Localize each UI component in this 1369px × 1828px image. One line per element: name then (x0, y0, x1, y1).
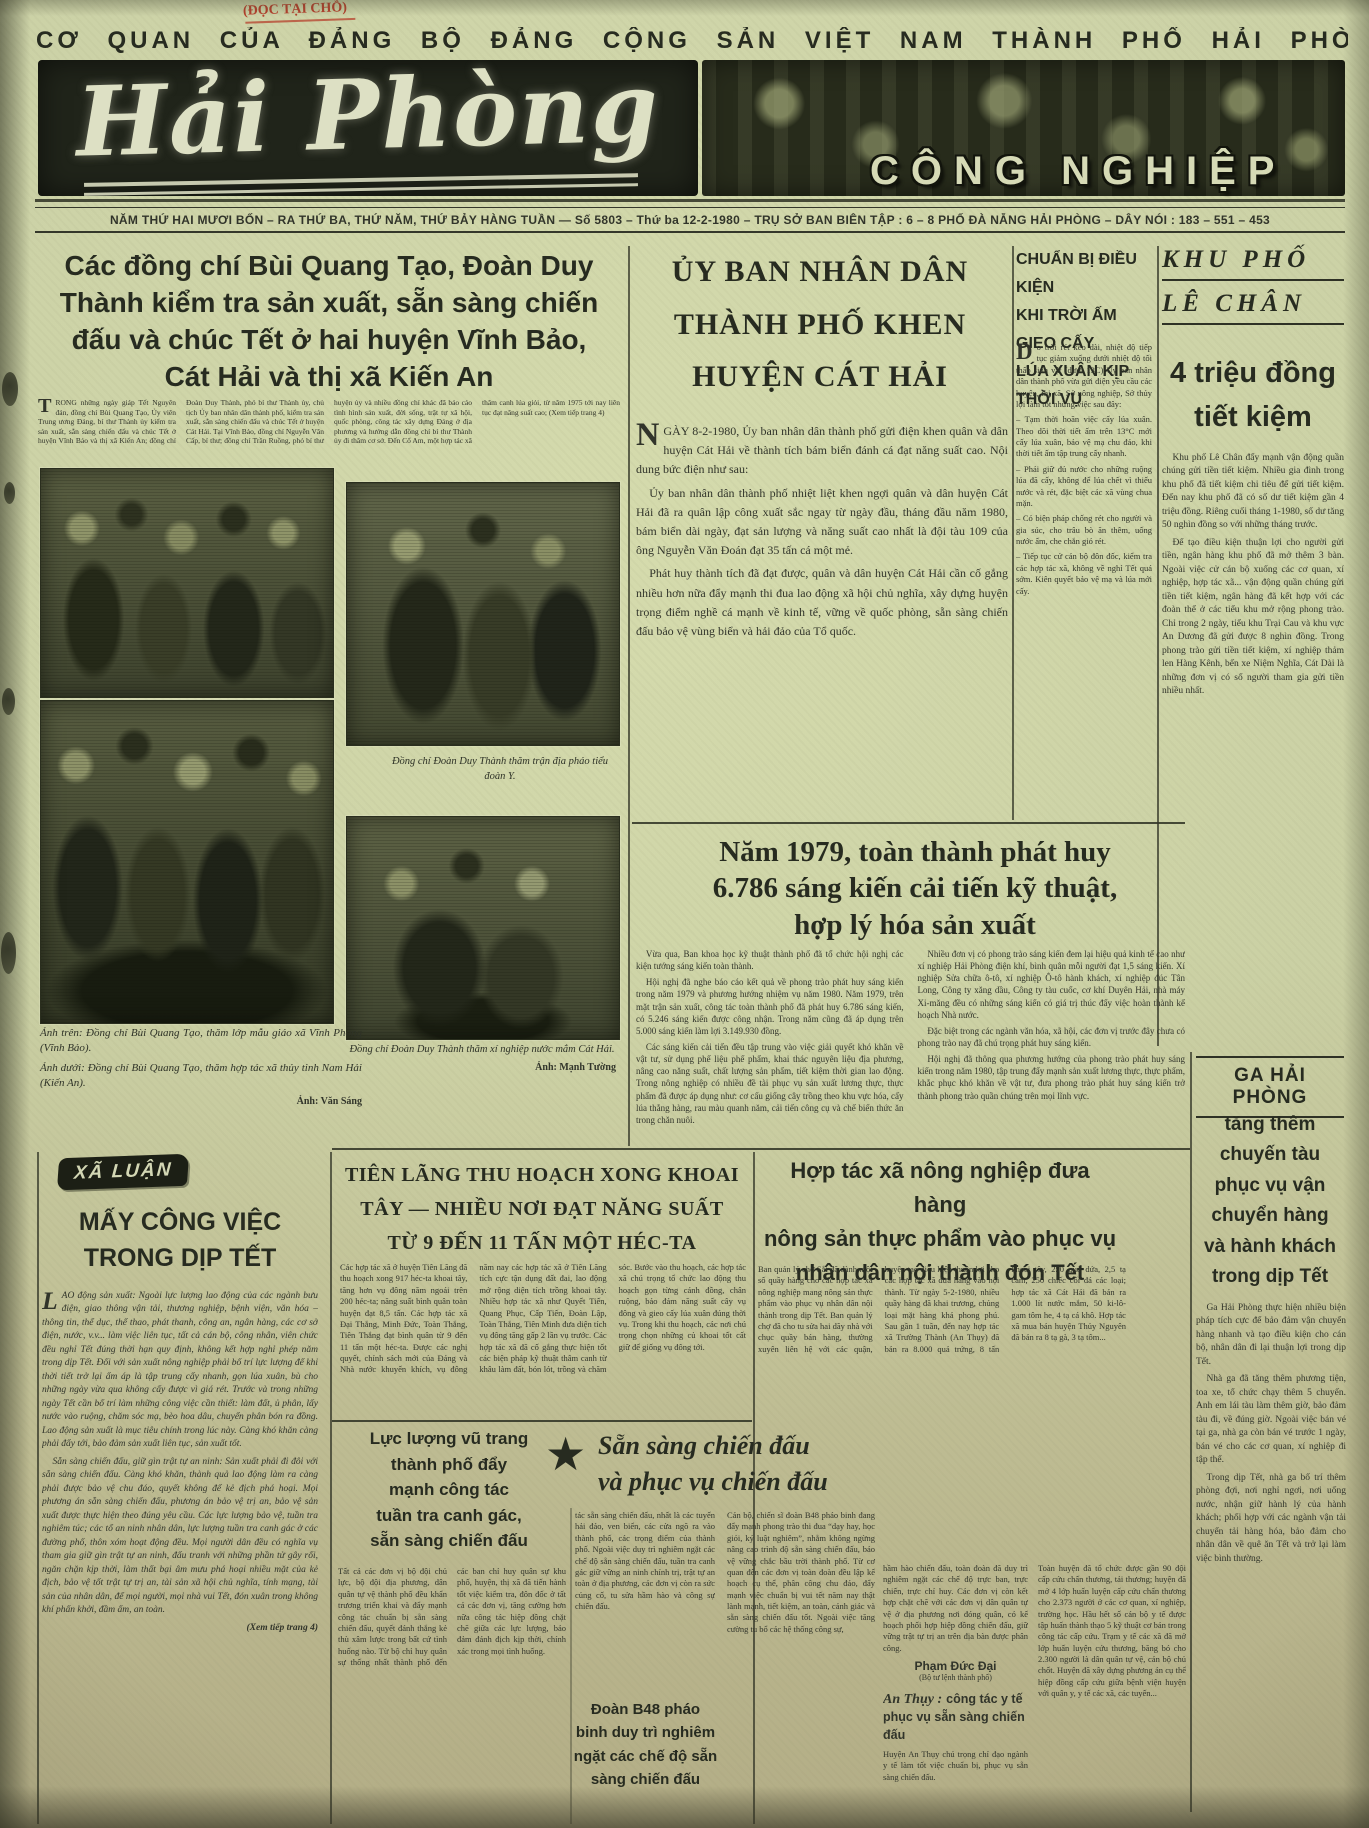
xaluan-headline: MẤY CÔNG VIỆC TRONG DỊP TẾT (42, 1204, 318, 1277)
sansang-col-2: Cán bộ, chiến sĩ đoàn B48 pháo binh đang… (727, 1510, 875, 1824)
caption-bottom-photo: Ảnh dưới: Đồng chí Bùi Quang Tạo, thăm h… (40, 1061, 362, 1092)
khupho-body: Khu phố Lê Chân đẩy mạnh vận động quần c… (1162, 452, 1344, 1044)
section-rule (632, 822, 1185, 824)
punch-hole (4, 482, 15, 504)
ubnd-paragraph: Ủy ban nhân dân thành phố nhiệt liệt khe… (636, 484, 1008, 561)
column-rule (330, 1152, 332, 1824)
b48-subheadline: Đoàn B48 pháo binh duy trì nghiêm ngặt c… (568, 1698, 723, 1791)
sangkien-paragraph: Hội nghị đã nghe báo cáo kết quả về phon… (636, 976, 904, 1037)
punch-hole (2, 372, 18, 406)
sangkien-paragraph: Đặc biệt trong các ngành văn hóa, xã hội… (918, 1025, 1186, 1049)
sangkien-headline: Năm 1979, toàn thành phát huy 6.786 sáng… (645, 834, 1185, 943)
ga-paragraph: Ga Hải Phòng thực hiện nhiều biện pháp t… (1196, 1302, 1346, 1369)
khupho-paragraph: Khu phố Lê Chân đẩy mạnh vận động quần c… (1162, 452, 1344, 533)
edition-label: CÔNG NGHIỆP (870, 149, 1286, 194)
chuanbi-paragraph: – Phải giữ đủ nước cho những ruộng lúa đ… (1016, 464, 1152, 510)
stamp-text: (ĐỌC TẠI CHỖ) (243, 0, 347, 19)
column-rule (1190, 1052, 1192, 1812)
sansang-headline: Sẵn sàng chiến đấu và phục vụ chiến đấu (598, 1428, 1018, 1501)
newspaper-title: Hải Phòng (37, 49, 700, 179)
ga-kicker: GA HẢI PHÒNG (1196, 1056, 1344, 1118)
photo-kindergarten-visit (40, 468, 334, 698)
byline: Phạm Đức Đại (883, 1659, 1028, 1673)
anthuy-stats-column: Toàn huyện đã tổ chức được gần 90 đội cấ… (1038, 1563, 1186, 1825)
caption-artillery: Đồng chí Đoàn Duy Thành thăm trận địa ph… (382, 754, 618, 784)
masthead-illustration: CÔNG NGHIỆP (702, 60, 1345, 196)
anthuy-headline: An Thụy : công tác y tế phục vụ sẵn sàng… (883, 1690, 1028, 1744)
photo-credit-van-sang: Ảnh: Văn Sáng (40, 1096, 362, 1107)
column-rule (37, 1152, 39, 1824)
photo-fishsauce-factory-visit (346, 816, 620, 1040)
punch-hole (1, 932, 16, 974)
lucluong-headline: Lực lượng vũ trang thành phố đẩy mạnh cô… (338, 1426, 560, 1554)
ubnd-headline: ỦY BAN NHÂN DÂN THÀNH PHỐ KHEN HUYỆN CÁT… (640, 246, 1000, 404)
masthead-rule (35, 199, 1345, 202)
ga-body: Ga Hải Phòng thực hiện nhiều biện pháp t… (1196, 1302, 1346, 1808)
chuanbi-paragraph: Do trời rét kéo dài, nhiệt độ tiếp tục g… (1016, 342, 1152, 410)
sangkien-paragraph: Vừa qua, Ban khoa học kỹ thuật thành phố… (636, 948, 904, 972)
tienlang-headline: TIÊN LÃNG THU HOẠCH XONG KHOAI TÂY — NHI… (340, 1158, 744, 1260)
sansang-col-1: tác sẵn sàng chiến đấu, nhất là các tuyế… (575, 1510, 715, 1692)
xaluan-body: LAO động sản xuất: Ngoài lực lượng lao đ… (42, 1290, 318, 1790)
photo-credit-manh-tuong: Ảnh: Mạnh Tường (348, 1062, 616, 1073)
khupho-headline: 4 triệu đồng tiết kiệm (1162, 352, 1344, 439)
sangkien-paragraph: Hội nghị đã thông qua phương hướng của p… (918, 1053, 1186, 1102)
chuanbi-body: Do trời rét kéo dài, nhiệt độ tiếp tục g… (1016, 342, 1152, 818)
xaluan-paragraph: Sẵn sàng chiến đấu, giữ gìn trật tự an n… (42, 1456, 318, 1618)
star-icon: ★ (545, 1432, 586, 1478)
xaluan-continued-note: (Xem tiếp trang 4) (42, 1622, 318, 1635)
byline-org: (Bộ tư lệnh thành phố) (883, 1673, 1028, 1682)
ubnd-paragraph: Phát huy thành tích đã đạt được, quân và… (636, 564, 1008, 641)
editorial-logo: XÃ LUẬN (57, 1154, 190, 1191)
ubnd-body: NGÀY 8-2-1980, Ủy ban nhân dân thành phố… (636, 422, 1008, 818)
chuanbi-paragraph: – Có biện pháp chống rét cho người và gi… (1016, 513, 1152, 547)
lead-body: TRONG những ngày giáp Tết Nguyên đán, đồ… (38, 398, 620, 466)
chuanbi-paragraph: – Tiếp tục cử cán bộ đôn đốc, kiểm tra c… (1016, 551, 1152, 597)
khupho-kicker-1: KHU PHỐ (1162, 246, 1344, 281)
khupho-kicker-2: LÊ CHÂN (1162, 290, 1344, 325)
caption-fishsauce-block: Đồng chí Đoàn Duy Thành thăm xí nghiệp n… (348, 1042, 616, 1073)
masthead-title-block: Hải Phòng (38, 60, 698, 196)
lucluong-body: Tất cả các đơn vị bộ đội chủ lực, bộ đội… (338, 1566, 566, 1824)
tienlang-rule (332, 1420, 752, 1422)
sansang-col-3: hầm hào chiến đấu, toàn đoàn đã duy trì … (883, 1563, 1028, 1825)
column-rule (570, 1508, 572, 1824)
ga-paragraph: Nhà ga đã tăng thêm phương tiện, toa xe,… (1196, 1373, 1346, 1467)
caption-top-photo: Ảnh trên: Đồng chí Bùi Quang Tạo, thăm l… (40, 1026, 362, 1057)
dateline: NĂM THỨ HAI MƯƠI BỐN – RA THỨ BA, THỨ NĂ… (35, 207, 1345, 233)
khupho-kicker-block: KHU PHỐ LÊ CHÂN (1162, 246, 1344, 334)
photo-artillery-visit (346, 482, 620, 746)
newspaper-page: (ĐỌC TẠI CHỖ) CƠ QUAN CỦA ĐẢNG BỘ ĐẢNG C… (0, 0, 1369, 1828)
ubnd-paragraph: NGÀY 8-2-1980, Ủy ban nhân dân thành phố… (636, 422, 1008, 480)
sansang-col-3-text: hầm hào chiến đấu, toàn đoàn đã duy trì … (883, 1563, 1028, 1654)
chuanbi-paragraph: – Tạm thời hoãn việc cấy lúa xuân. Theo … (1016, 414, 1152, 460)
column-rule (1157, 246, 1159, 1046)
stamp-underline (245, 18, 355, 24)
lead-headline: Các đồng chí Bùi Quang Tạo, Đoàn Duy Thà… (38, 248, 620, 396)
photo-glass-cooperative-visit (40, 700, 334, 1024)
column-rule (1012, 246, 1014, 820)
caption-fishsauce: Đồng chí Đoàn Duy Thành thăm xí nghiệp n… (348, 1042, 616, 1058)
khupho-paragraph: Để tạo điều kiện thuận lợi cho người gửi… (1162, 537, 1344, 699)
column-rule (628, 246, 630, 1146)
ga-headline: tăng thêm chuyến tàu phục vụ vận chuyển … (1196, 1110, 1344, 1292)
bottom-section-rule (332, 1148, 1190, 1150)
anthuy-headline-prefix: An Thụy : (883, 1692, 942, 1707)
punch-hole (2, 688, 15, 715)
hoptac-body: Ban quản lý chợ Sắt đã dành một số quầy … (758, 1264, 1126, 1416)
xaluan-paragraph: LAO động sản xuất: Ngoài lực lượng lao đ… (42, 1290, 318, 1452)
library-stamp: (ĐỌC TẠI CHỖ) (243, 0, 347, 20)
anthuy-intro: Huyện An Thụy chú trọng chỉ đạo ngành y … (883, 1749, 1028, 1783)
sangkien-paragraph: Các sáng kiến cải tiến đều tập trung vào… (636, 1041, 904, 1126)
ga-paragraph: Trong dịp Tết, nhà ga bố trí thêm phòng … (1196, 1472, 1346, 1566)
sangkien-body: Vừa qua, Ban khoa học kỹ thuật thành phố… (636, 948, 1185, 1145)
tienlang-body: Các hợp tác xã ở huyện Tiên Lãng đã thu … (340, 1262, 746, 1415)
sangkien-paragraph: Nhiều đơn vị có phong trào sáng kiến đem… (918, 948, 1186, 1021)
column-rule (753, 1152, 755, 1824)
caption-left-block: Ảnh trên: Đồng chí Bùi Quang Tạo, thăm l… (40, 1026, 362, 1107)
